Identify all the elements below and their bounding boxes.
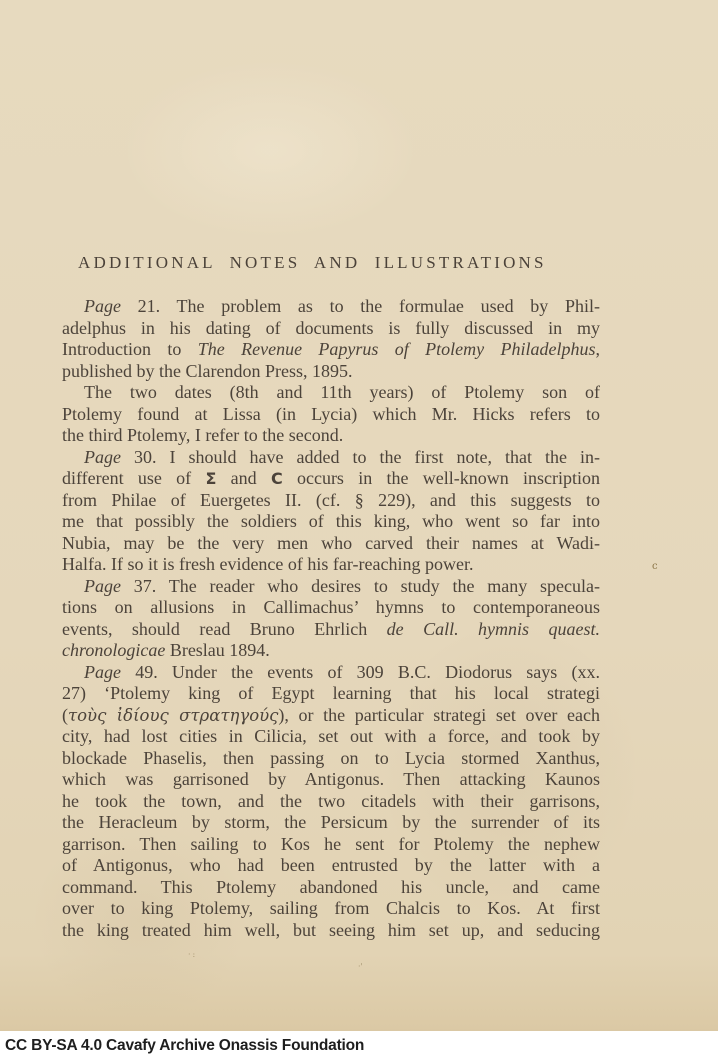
text-segment: events, should read Bruno Ehrlich <box>62 619 387 639</box>
text-segment: and <box>216 468 271 488</box>
text-line: different use of Σ and C occurs in the w… <box>62 468 600 490</box>
text-segment: 30. I should have added to the first not… <box>121 447 600 467</box>
text-line: The two dates (8th and 11th years) of Pt… <box>62 382 600 404</box>
text-line: blockade Phaselis, then passing on to Ly… <box>62 748 600 770</box>
text-segment: the third Ptolemy, I refer to the second… <box>62 425 343 445</box>
text-line: (τοὺς ἰδίους στρατηγούς), or the particu… <box>62 705 600 727</box>
body-text: Page 21. The problem as to the formulae … <box>62 296 600 941</box>
text-segment: garrison. Then sailing to Kos he sent fo… <box>62 834 600 854</box>
text-segment: C <box>271 469 283 488</box>
text-segment: Page <box>84 576 121 596</box>
text-segment: de Call. hymnis quaest. <box>387 619 600 639</box>
text-line: chronologicae Breslau 1894. <box>62 640 600 662</box>
text-segment: adelphus in his dating of documents is f… <box>62 318 600 338</box>
text-segment: Page <box>84 662 121 682</box>
text-segment: me that possibly the soldiers of this ki… <box>62 511 600 531</box>
text-segment: Introduction to <box>62 339 198 359</box>
text-line: garrison. Then sailing to Kos he sent fo… <box>62 834 600 856</box>
text-segment: tions on allusions in Callimachus’ hymns… <box>62 597 600 617</box>
text-segment: blockade Phaselis, then passing on to Ly… <box>62 748 600 768</box>
text-segment: 49. Under the events of 309 B.C. Diodoru… <box>121 662 600 682</box>
text-line: from Philae of Euergetes II. (cf. § 229)… <box>62 490 600 512</box>
text-line: city, had lost cities in Cilicia, set ou… <box>62 726 600 748</box>
text-line: published by the Clarendon Press, 1895. <box>62 361 600 383</box>
text-line: Introduction to The Revenue Papyrus of P… <box>62 339 600 361</box>
text-segment: which was garrisoned by Antigonus. Then … <box>62 769 600 789</box>
text-segment: 27) ‘Ptolemy king of Egypt learning that… <box>62 683 600 703</box>
book-page-scan: ADDITIONAL NOTES AND ILLUSTRATIONS Page … <box>0 0 718 1060</box>
text-segment: command. This Ptolemy abandoned his uncl… <box>62 877 600 897</box>
text-segment: ), or the particular strategi set over e… <box>278 705 600 725</box>
text-line: Nubia, may be the very men who carved th… <box>62 533 600 555</box>
license-attribution: CC BY-SA 4.0 Cavafy Archive Onassis Foun… <box>0 1037 364 1055</box>
text-segment: the Heracleum by storm, the Persicum by … <box>62 812 600 832</box>
text-segment: Page <box>84 447 121 467</box>
text-segment: The Revenue Papyrus of Ptolemy Philadelp… <box>198 339 596 359</box>
paper-speck: ·: <box>188 951 197 959</box>
text-segment: Halfa. If so it is fresh evidence of his… <box>62 554 473 574</box>
text-line: Page 37. The reader who desires to study… <box>62 576 600 598</box>
text-line: which was garrisoned by Antigonus. Then … <box>62 769 600 791</box>
text-segment: Nubia, may be the very men who carved th… <box>62 533 600 553</box>
text-line: Ptolemy found at Lissa (in Lycia) which … <box>62 404 600 426</box>
text-segment: The two dates (8th and 11th years) of Pt… <box>84 382 600 402</box>
text-segment: Breslau 1894. <box>165 640 269 660</box>
text-line: of Antigonus, who had been entrusted by … <box>62 855 600 877</box>
text-segment: Ptolemy found at Lissa (in Lycia) which … <box>62 404 600 424</box>
text-segment: of Antigonus, who had been entrusted by … <box>62 855 600 875</box>
text-segment: city, had lost cities in Cilicia, set ou… <box>62 726 600 746</box>
paper-speck: ·' <box>358 963 363 971</box>
license-bar: CC BY-SA 4.0 Cavafy Archive Onassis Foun… <box>0 1031 718 1060</box>
text-segment: over to king Ptolemy, sailing from Chalc… <box>62 898 600 918</box>
text-line: command. This Ptolemy abandoned his uncl… <box>62 877 600 899</box>
text-segment: , <box>596 339 601 359</box>
text-line: tions on allusions in Callimachus’ hymns… <box>62 597 600 619</box>
paper-texture-blotch <box>120 60 420 240</box>
text-line: the Heracleum by storm, the Persicum by … <box>62 812 600 834</box>
text-line: Page 30. I should have added to the firs… <box>62 447 600 469</box>
text-segment: 21. The problem as to the formulae used … <box>121 296 600 316</box>
text-segment: Page <box>84 296 121 316</box>
text-segment: chronologicae <box>62 640 165 660</box>
text-segment: 37. The reader who desires to study the … <box>121 576 600 596</box>
text-segment: he took the town, and the two citadels w… <box>62 791 600 811</box>
text-segment: different use of <box>62 468 205 488</box>
text-line: me that possibly the soldiers of this ki… <box>62 511 600 533</box>
text-segment: published by the Clarendon Press, 1895. <box>62 361 352 381</box>
text-segment: Σ <box>205 469 216 488</box>
text-segment: occurs in the well-known inscription <box>283 468 600 488</box>
text-segment: from Philae of Euergetes II. (cf. § 229)… <box>62 490 600 510</box>
text-line: 27) ‘Ptolemy king of Egypt learning that… <box>62 683 600 705</box>
paper-speck: c <box>652 563 658 571</box>
text-line: he took the town, and the two citadels w… <box>62 791 600 813</box>
text-line: adelphus in his dating of documents is f… <box>62 318 600 340</box>
text-line: over to king Ptolemy, sailing from Chalc… <box>62 898 600 920</box>
text-line: the third Ptolemy, I refer to the second… <box>62 425 600 447</box>
text-segment: τοὺς ἰδίους στρατηγούς <box>68 706 278 725</box>
page-title: ADDITIONAL NOTES AND ILLUSTRATIONS <box>78 252 618 274</box>
text-line: Page 21. The problem as to the formulae … <box>62 296 600 318</box>
text-line: Halfa. If so it is fresh evidence of his… <box>62 554 600 576</box>
text-line: events, should read Bruno Ehrlich de Cal… <box>62 619 600 641</box>
text-line: the king treated him well, but seeing hi… <box>62 920 600 942</box>
text-line: Page 49. Under the events of 309 B.C. Di… <box>62 662 600 684</box>
text-segment: the king treated him well, but seeing hi… <box>62 920 600 940</box>
